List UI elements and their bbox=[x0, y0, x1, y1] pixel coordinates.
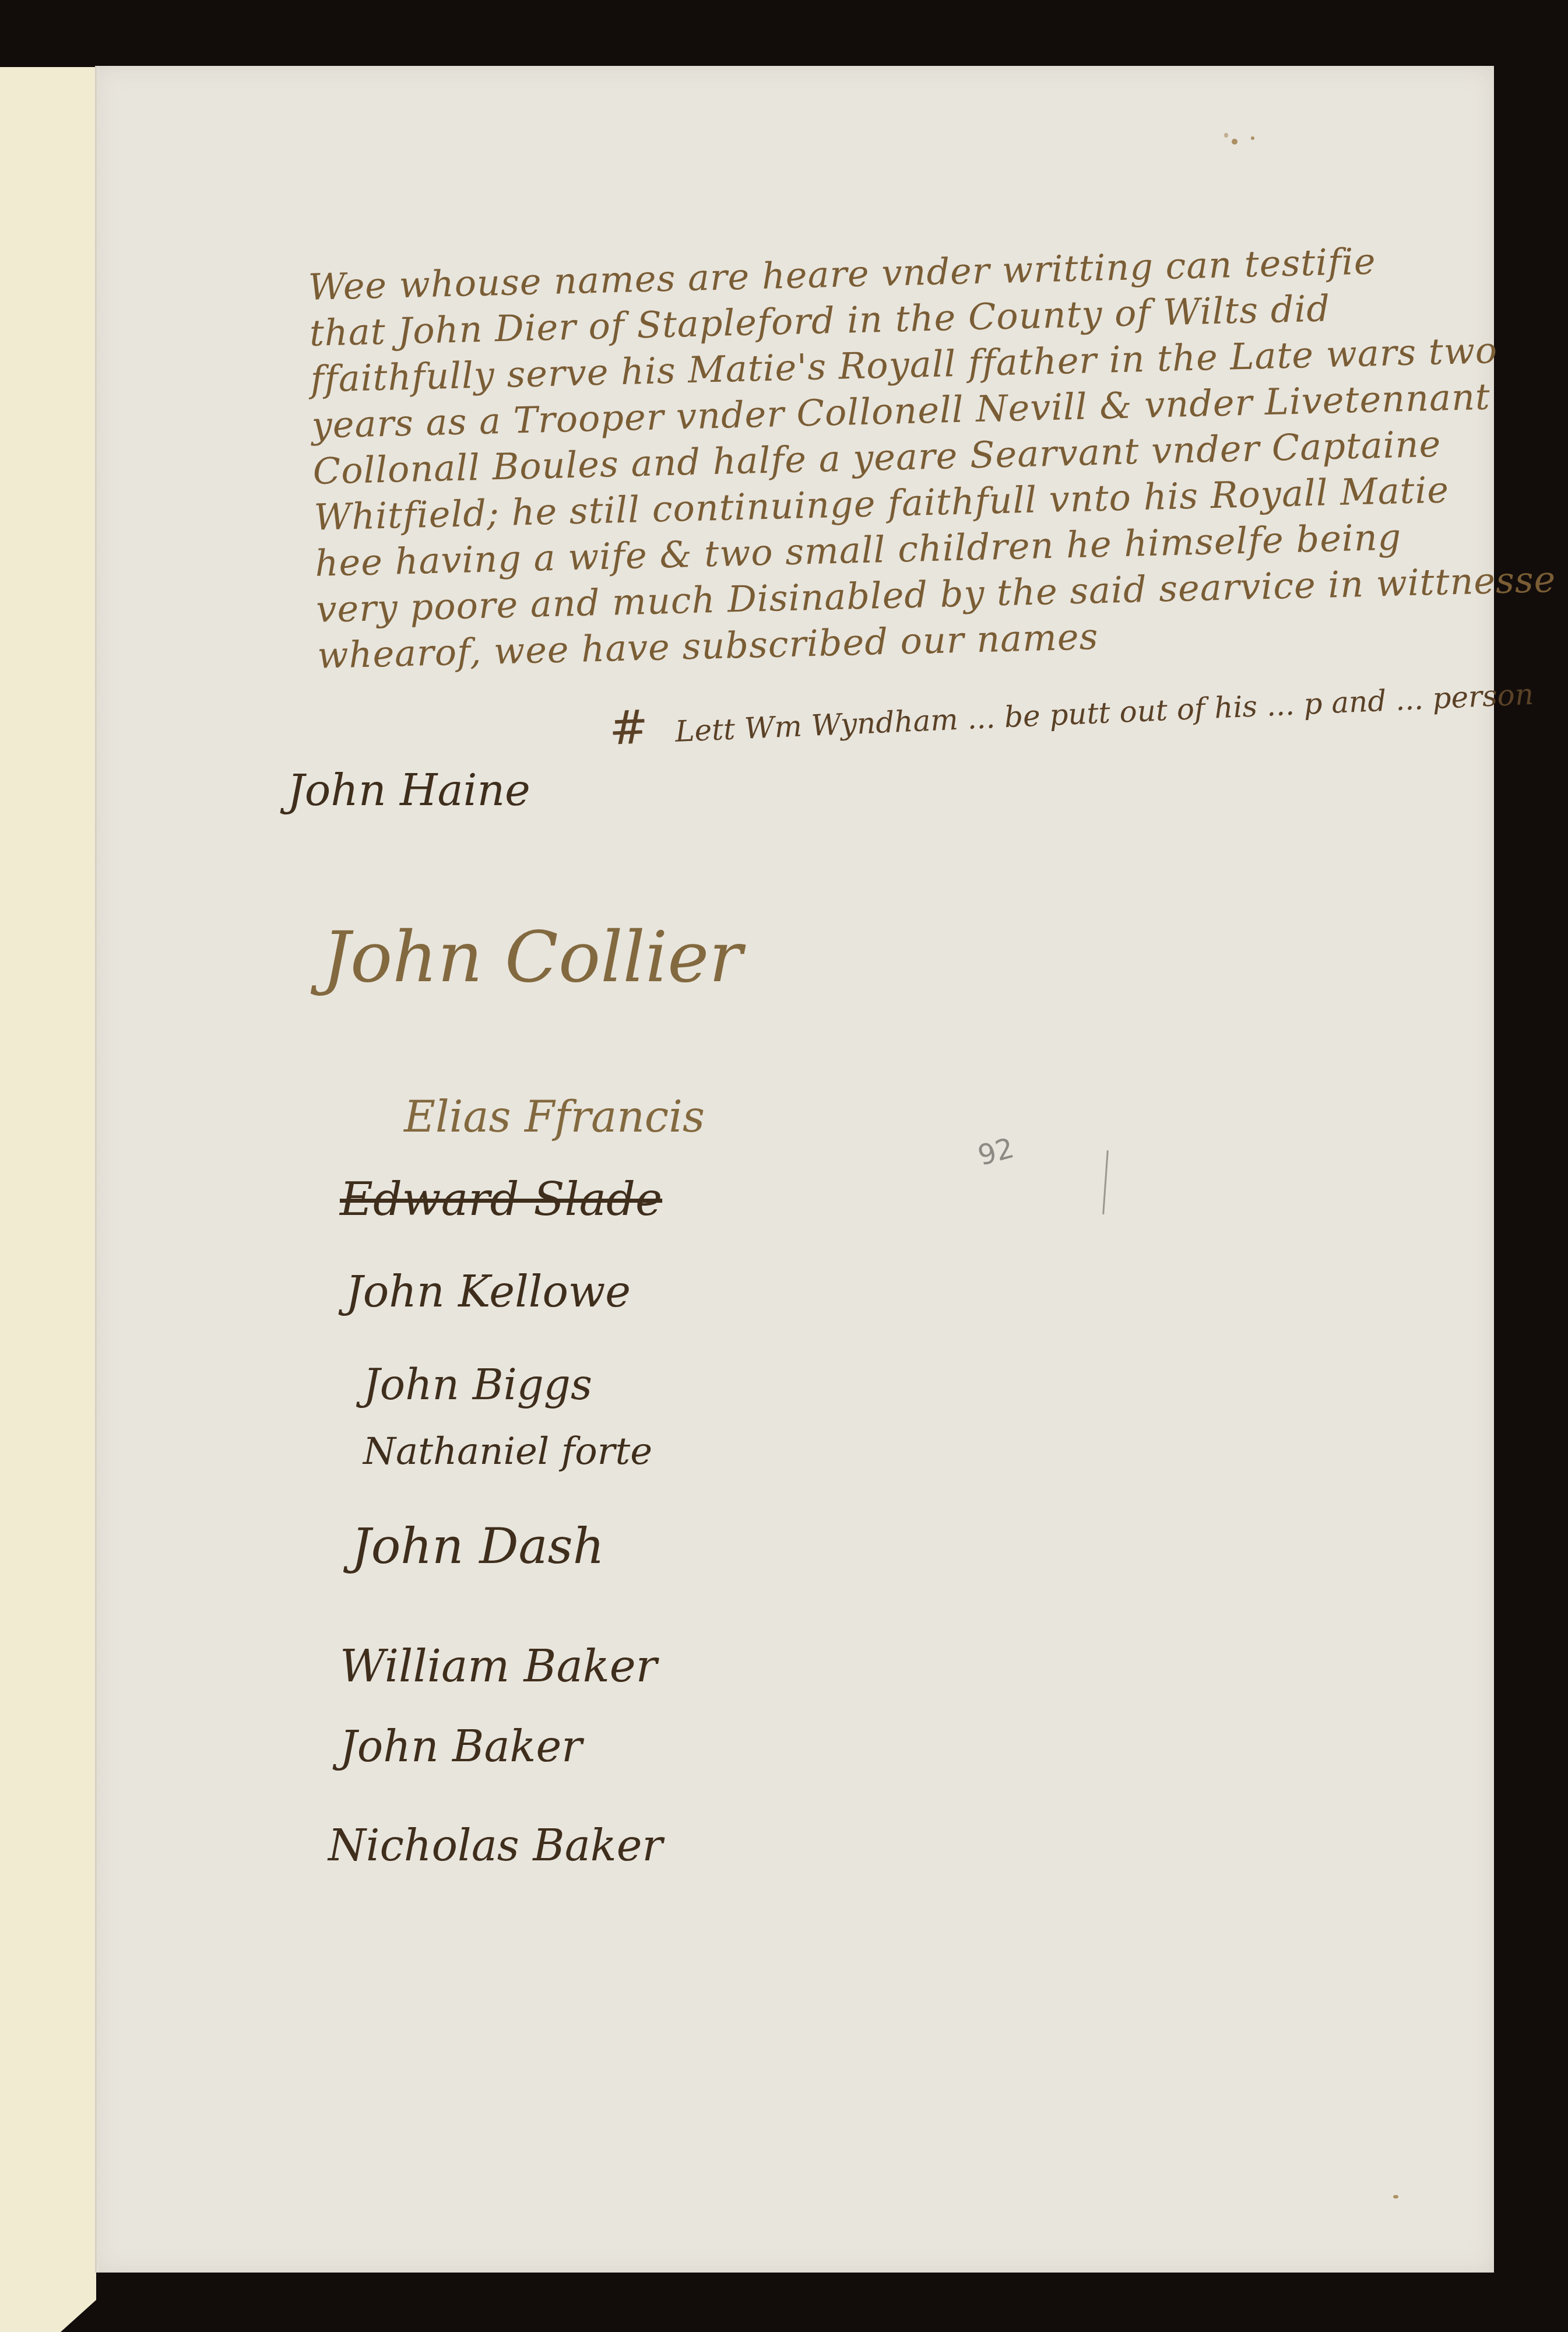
signature: Elias Ffrancis bbox=[404, 1092, 705, 1142]
signature: John Baker bbox=[340, 1722, 582, 1772]
signature: Nathaniel forte bbox=[363, 1430, 652, 1473]
signature: John Kellowe bbox=[346, 1267, 631, 1317]
foxing-spot bbox=[1251, 136, 1254, 140]
signature: John Biggs bbox=[363, 1360, 592, 1409]
signature: John Dash bbox=[351, 1518, 604, 1575]
signature: John Haine bbox=[287, 765, 530, 816]
mount-panel bbox=[0, 67, 96, 2332]
signature-list: John Haine John Collier Elias Ffrancis E… bbox=[95, 66, 1494, 2273]
signature: John Collier bbox=[322, 917, 743, 998]
signature: Nicholas Baker bbox=[328, 1821, 663, 1871]
foxing-spot bbox=[1232, 139, 1237, 145]
foxing-spot bbox=[1224, 133, 1228, 138]
manuscript-page: Wee whouse names are heare vnder writtin… bbox=[95, 66, 1494, 2273]
foxing-spot bbox=[1393, 2195, 1398, 2198]
signature: Edward Slade bbox=[340, 1174, 662, 1226]
signature: William Baker bbox=[340, 1640, 657, 1692]
